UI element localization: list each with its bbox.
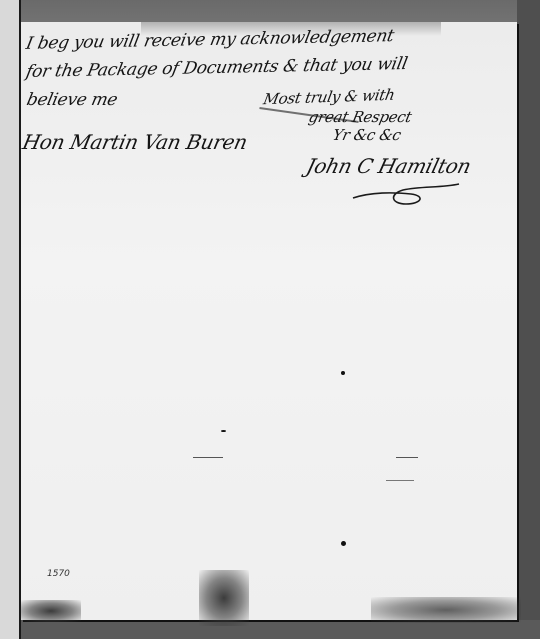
scan-right-border (517, 0, 540, 639)
ink-spot (341, 541, 346, 546)
signature-flourish-icon (351, 182, 461, 208)
closing-line-2: great Respect (307, 108, 413, 126)
ink-spot (341, 371, 345, 375)
ink-stain (21, 600, 81, 622)
addressee: Hon Martin Van Buren (20, 130, 249, 154)
closing-line-3: Yr &c &c (331, 126, 403, 144)
body-line-2: for the Package of Documents & that you … (24, 54, 409, 82)
signature: John C Hamilton (304, 154, 473, 178)
body-line-3: believe me (25, 90, 119, 110)
ink-spot (221, 430, 226, 432)
scan-left-margin (0, 0, 20, 639)
letter-page: I beg you will receive my acknowledgemen… (21, 22, 517, 620)
document-number: 1570 (47, 569, 70, 579)
body-line-1: I beg you will receive my acknowledgemen… (24, 26, 395, 54)
ink-stain (199, 570, 249, 626)
fold-mark (386, 480, 414, 481)
ink-stain (371, 597, 521, 623)
closing-line-1: Most truly & with (262, 86, 396, 109)
scan-top-border (21, 0, 540, 22)
fold-mark (193, 457, 223, 458)
fold-mark (396, 457, 418, 458)
